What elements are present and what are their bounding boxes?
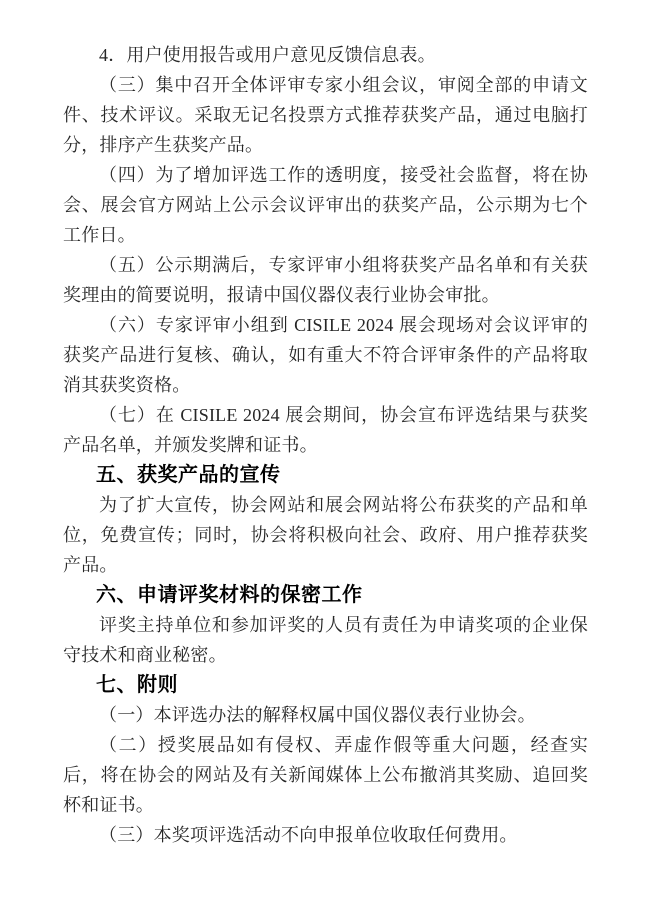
paragraph: （三）本奖项评选活动不向申报单位收取任何费用。	[63, 820, 588, 850]
section-heading: 五、获奖产品的宣传	[63, 460, 588, 490]
section-heading: 七、附则	[63, 670, 588, 700]
paragraph: （七）在 CISILE 2024 展会期间，协会宣布评选结果与获奖产品名单，并颁…	[63, 400, 588, 460]
paragraph: （二）授奖展品如有侵权、弄虚作假等重大问题，经查实后，将在协会的网站及有关新闻媒…	[63, 730, 588, 820]
section-heading: 六、申请评奖材料的保密工作	[63, 580, 588, 610]
paragraph: 评奖主持单位和参加评奖的人员有责任为申请奖项的企业保守技术和商业秘密。	[63, 610, 588, 670]
paragraph: （五）公示期满后，专家评审小组将获奖产品名单和有关获奖理由的简要说明，报请中国仪…	[63, 250, 588, 310]
document-page: 4．用户使用报告或用户意见反馈信息表。（三）集中召开全体评审专家小组会议，审阅全…	[0, 0, 651, 898]
paragraph: （六）专家评审小组到 CISILE 2024 展会现场对会议评审的获奖产品进行复…	[63, 310, 588, 400]
paragraph: （一）本评选办法的解释权属中国仪器仪表行业协会。	[63, 700, 588, 730]
paragraph: 4．用户使用报告或用户意见反馈信息表。	[63, 40, 588, 70]
paragraph: 为了扩大宣传，协会网站和展会网站将公布获奖的产品和单位，免费宣传；同时，协会将积…	[63, 490, 588, 580]
document-content: 4．用户使用报告或用户意见反馈信息表。（三）集中召开全体评审专家小组会议，审阅全…	[63, 40, 588, 850]
paragraph: （四）为了增加评选工作的透明度，接受社会监督，将在协会、展会官方网站上公示会议评…	[63, 160, 588, 250]
paragraph: （三）集中召开全体评审专家小组会议，审阅全部的申请文件、技术评议。采取无记名投票…	[63, 70, 588, 160]
